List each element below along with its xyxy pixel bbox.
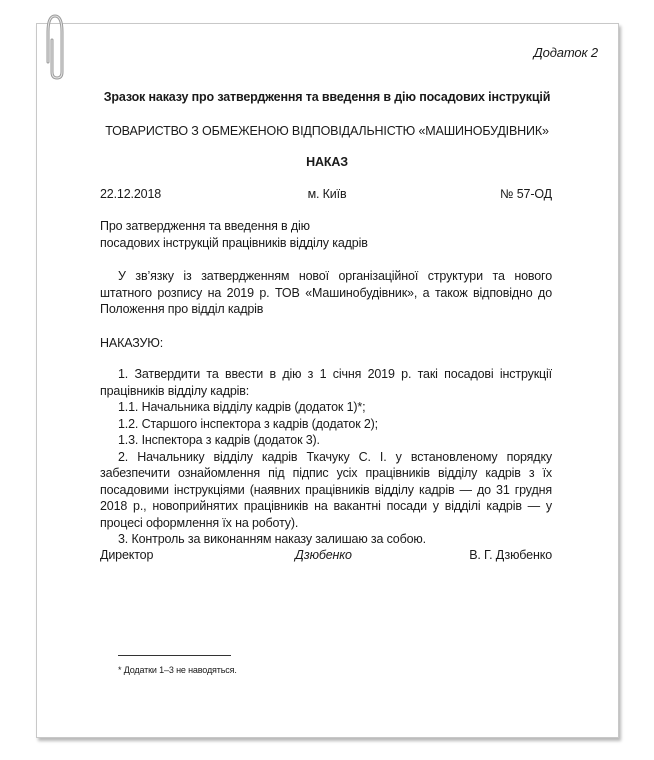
signatory-name: В. Г. Дзюбенко [469, 547, 552, 564]
orders-label: НАКАЗУЮ: [100, 335, 163, 352]
order-subitem: 1.1. Начальника відділу кадрів (додаток … [100, 399, 552, 416]
order-item: 1. Затвердити та ввести в дію з 1 січня … [100, 366, 552, 399]
signatory-position: Директор [100, 547, 153, 564]
footnote-divider [118, 655, 231, 656]
order-subject: Про затвердження та введення в дію посад… [100, 218, 552, 251]
order-item: 3. Контроль за виконанням наказу залишаю… [100, 531, 552, 548]
footnote: * Додатки 1–3 не наводяться. [118, 664, 237, 676]
order-items: 1. Затвердити та ввести в дію з 1 січня … [100, 366, 552, 548]
preamble: У зв’язку із затвердженням нової організ… [100, 268, 552, 318]
order-item: 2. Начальнику відділу кадрів Ткачуку С. … [100, 449, 552, 532]
subject-line: Про затвердження та введення в дію [100, 218, 552, 235]
order-number: № 57-ОД [500, 186, 552, 203]
order-subitem: 1.3. Інспектора з кадрів (додаток 3). [100, 432, 552, 449]
appendix-label: Додаток 2 [534, 45, 598, 62]
order-title: НАКАЗ [0, 154, 654, 171]
order-subitem: 1.2. Старшого інспектора з кадрів (додат… [100, 416, 552, 433]
subject-line: посадових інструкцій працівників відділу… [100, 235, 552, 252]
order-city: м. Київ [0, 186, 654, 203]
company-name: ТОВАРИСТВО З ОБМЕЖЕНОЮ ВІДПОВІДАЛЬНІСТЮ … [0, 123, 654, 140]
preamble-text: У зв’язку із затвердженням нової організ… [100, 268, 552, 318]
signature: Дзюбенко [295, 547, 352, 564]
sample-title: Зразок наказу про затвердження та введен… [0, 89, 654, 106]
paperclip-icon [40, 12, 66, 80]
